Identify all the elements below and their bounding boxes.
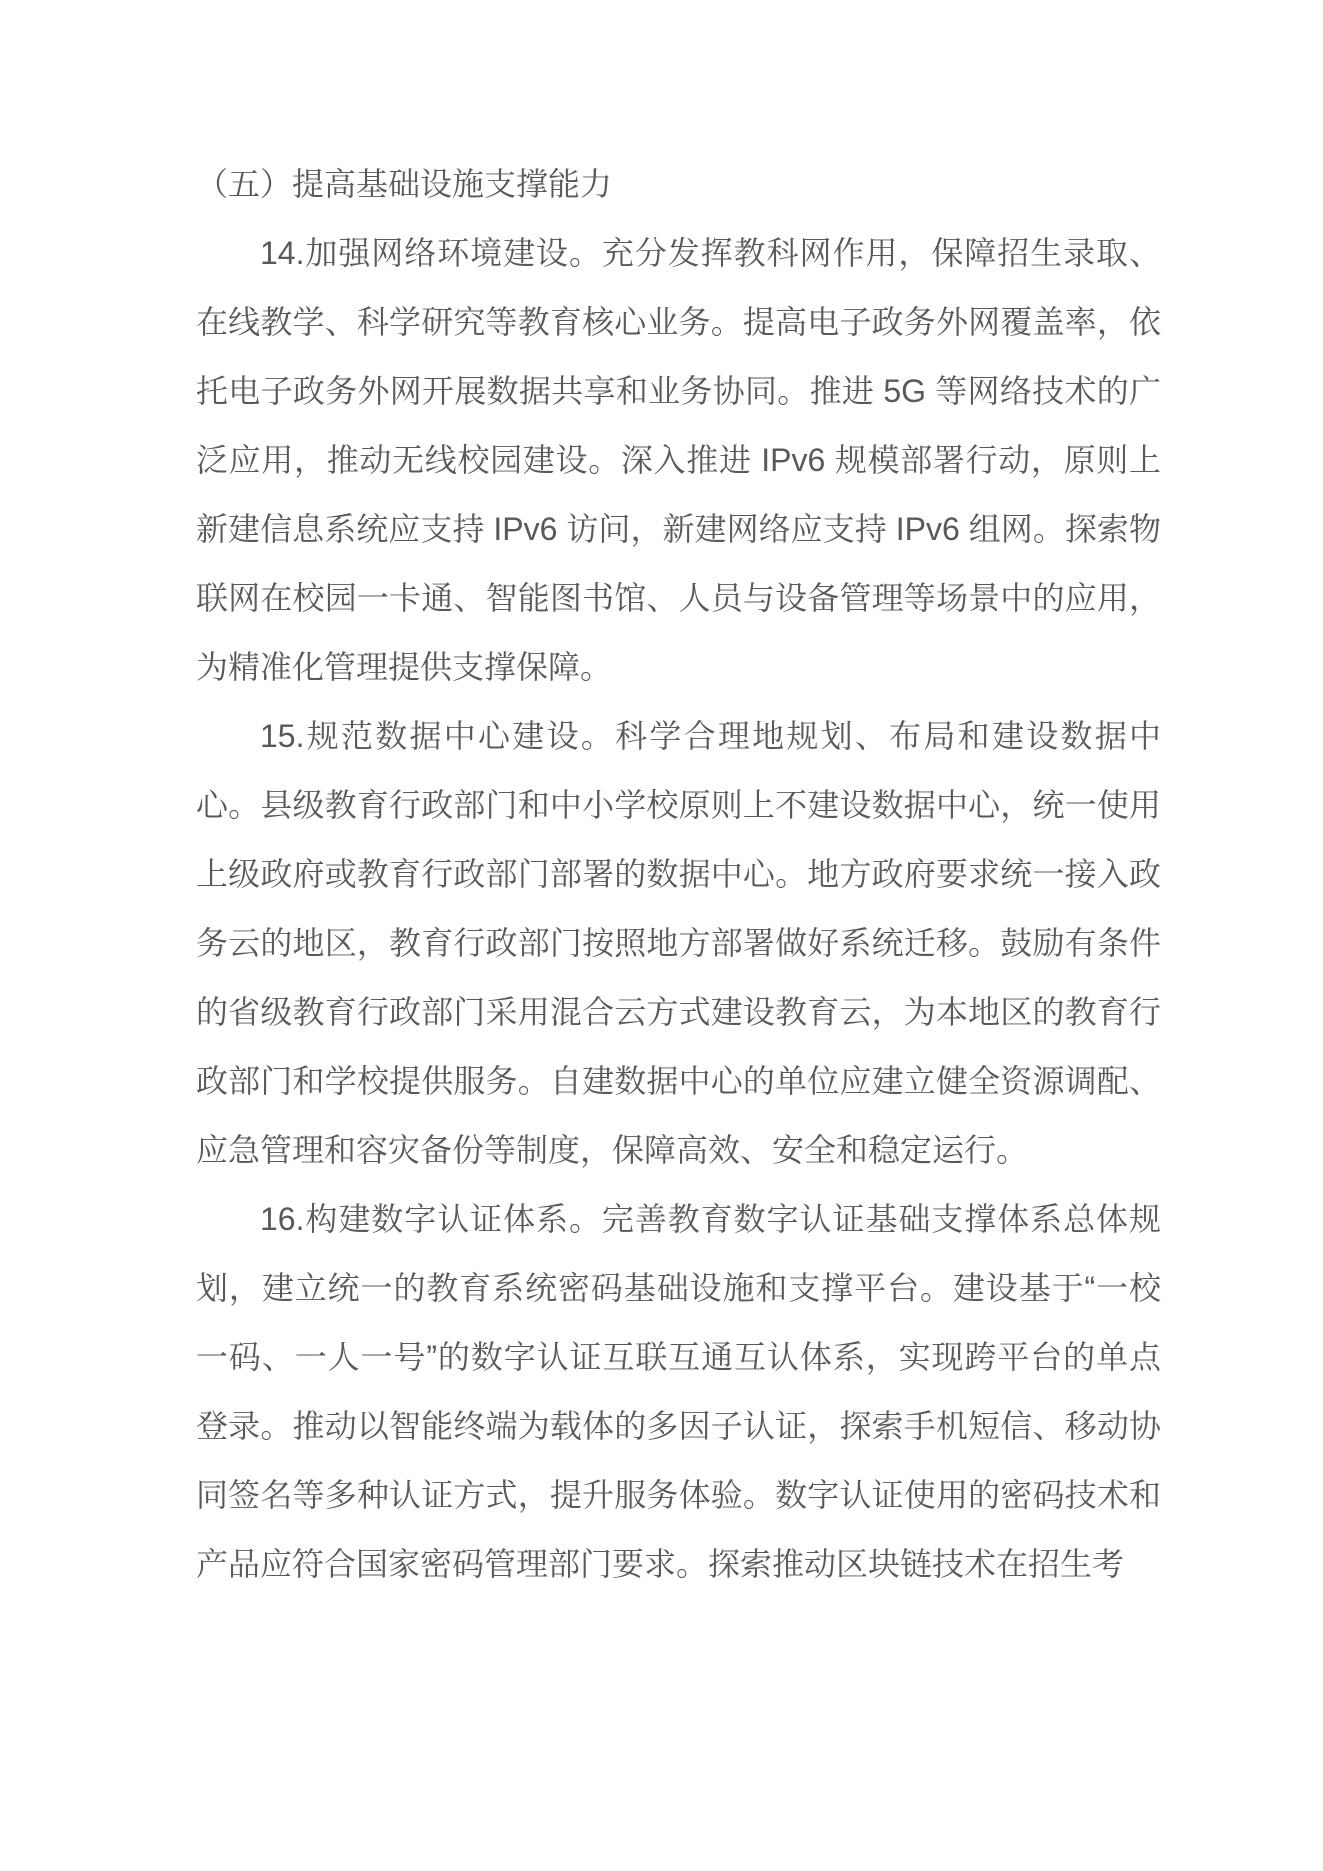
paragraph-item-16: 16.构建数字认证体系。完善教育数字认证基础支撑体系总体规划，建立统一的教育系统… (196, 1185, 1161, 1599)
paragraph-item-15: 15.规范数据中心建设。科学合理地规划、布局和建设数据中心。县级教育行政部门和中… (196, 702, 1161, 1185)
document-content: （五）提高基础设施支撑能力 14.加强网络环境建设。充分发挥教科网作用，保障招生… (0, 0, 1323, 1599)
document-page: （五）提高基础设施支撑能力 14.加强网络环境建设。充分发挥教科网作用，保障招生… (0, 0, 1323, 1871)
paragraph-item-14: 14.加强网络环境建设。充分发挥教科网作用，保障招生录取、在线教学、科学研究等教… (196, 219, 1161, 702)
section-heading: （五）提高基础设施支撑能力 (196, 150, 1161, 219)
